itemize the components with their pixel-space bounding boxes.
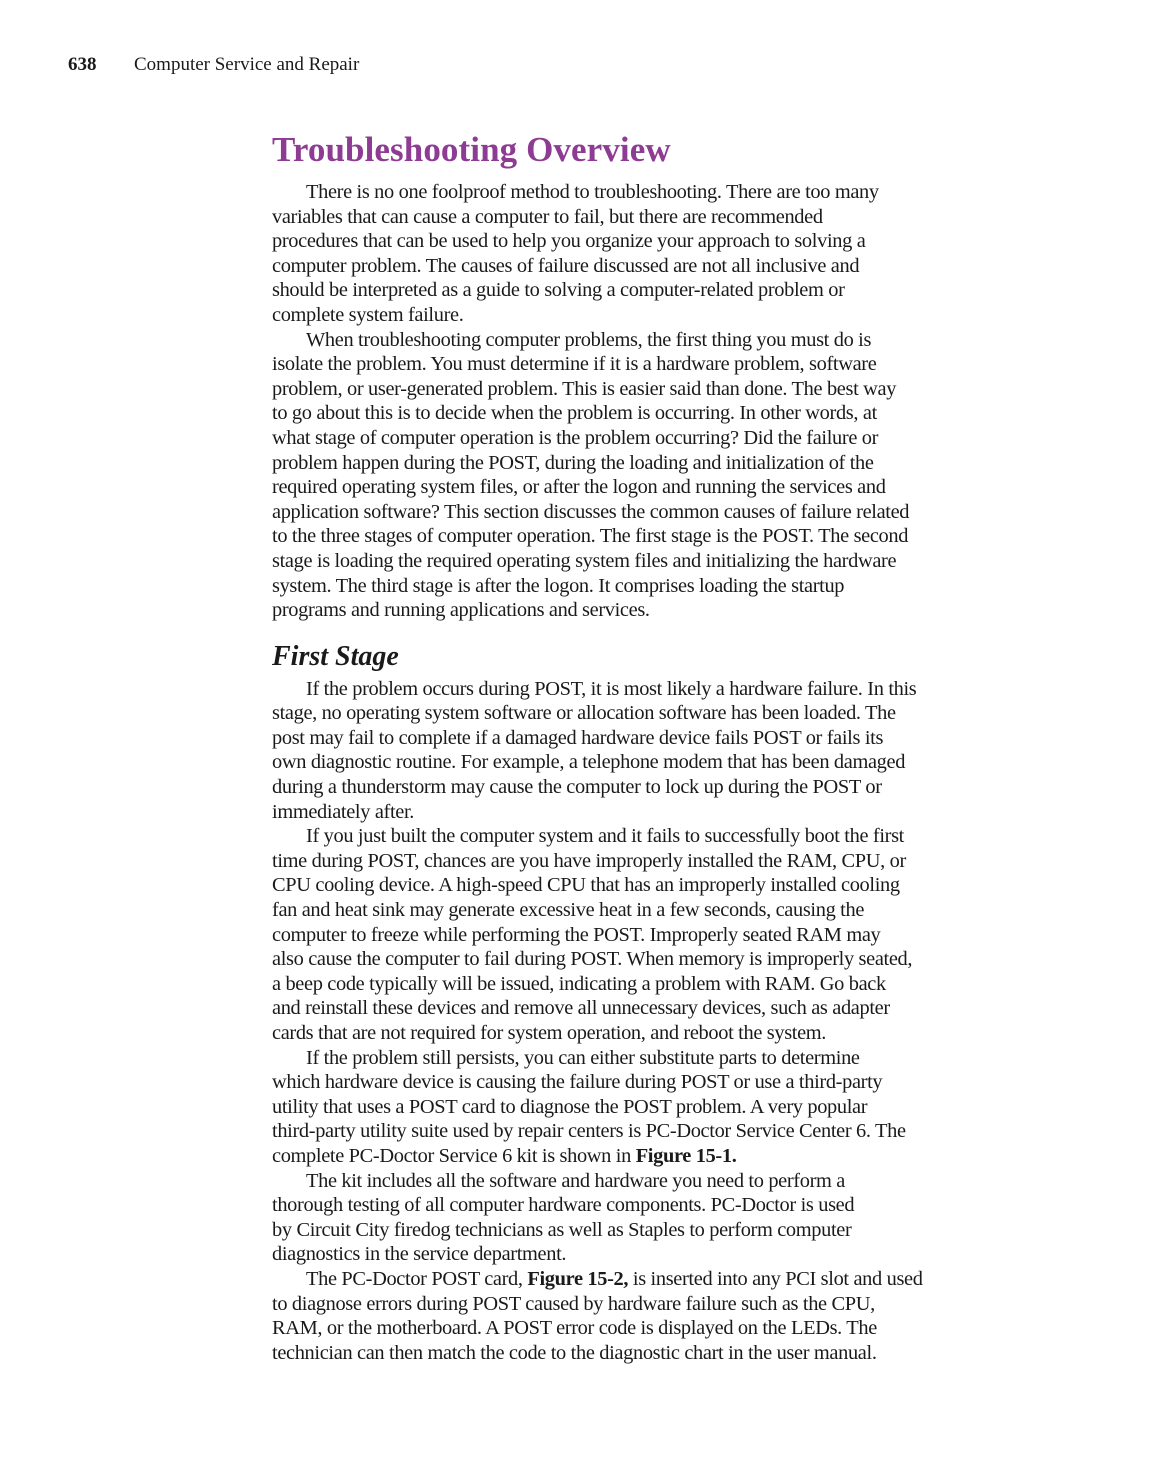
- figure-reference-15-1: Figure 15-1.: [636, 1145, 737, 1167]
- text-line: isolate the problem. You must determine …: [272, 352, 1032, 377]
- text-line: complete PC-Doctor Service 6 kit is show…: [272, 1144, 1032, 1169]
- text-line: to the three stages of computer operatio…: [272, 524, 1032, 549]
- text-line: a beep code typically will be issued, in…: [272, 972, 1032, 997]
- text-line: utility that uses a POST card to diagnos…: [272, 1095, 1032, 1120]
- text-line: thorough testing of all computer hardwar…: [272, 1193, 1032, 1218]
- page-number: 638: [68, 52, 134, 78]
- text-line: also cause the computer to fail during P…: [272, 947, 1032, 972]
- figure-reference-15-2: Figure 15-2,: [527, 1268, 628, 1290]
- text-line: computer problem. The causes of failure …: [272, 254, 1032, 279]
- text-line: The PC-Doctor POST card, Figure 15-2, is…: [272, 1267, 1032, 1292]
- text-line: problem, or user-generated problem. This…: [272, 377, 1032, 402]
- text-line: fan and heat sink may generate excessive…: [272, 898, 1032, 923]
- text-line: to diagnose errors during POST caused by…: [272, 1292, 1032, 1317]
- paragraph-first-stage-2: If you just built the computer system an…: [272, 824, 1032, 1045]
- text-line: third-party utility suite used by repair…: [272, 1119, 1032, 1144]
- text-line: application software? This section discu…: [272, 500, 1032, 525]
- text-line: There is no one foolproof method to trou…: [272, 180, 1032, 205]
- text-line: immediately after.: [272, 800, 1032, 825]
- text-line: required operating system files, or afte…: [272, 475, 1032, 500]
- text-line: diagnostics in the service department.: [272, 1242, 1032, 1267]
- text-line: which hardware device is causing the fai…: [272, 1070, 1032, 1095]
- text-line: cards that are not required for system o…: [272, 1021, 1032, 1046]
- paragraph-first-stage-4: The kit includes all the software and ha…: [272, 1169, 1032, 1267]
- text-line: When troubleshooting computer problems, …: [272, 328, 1032, 353]
- text-line: own diagnostic routine. For example, a t…: [272, 750, 1032, 775]
- text-line: what stage of computer operation is the …: [272, 426, 1032, 451]
- text-run: is inserted into any PCI slot and used: [628, 1268, 922, 1290]
- text-line: If you just built the computer system an…: [272, 824, 1032, 849]
- text-line: complete system failure.: [272, 303, 1032, 328]
- text-line: If the problem occurs during POST, it is…: [272, 677, 1032, 702]
- text-run: complete PC-Doctor Service 6 kit is show…: [272, 1145, 636, 1167]
- text-line: time during POST, chances are you have i…: [272, 849, 1032, 874]
- text-line: and reinstall these devices and remove a…: [272, 996, 1032, 1021]
- text-line: The kit includes all the software and ha…: [272, 1169, 1032, 1194]
- text-line: technician can then match the code to th…: [272, 1341, 1032, 1366]
- text-line: programs and running applications and se…: [272, 598, 1032, 623]
- text-run: The PC-Doctor POST card,: [306, 1268, 527, 1290]
- text-line: problem happen during the POST, during t…: [272, 451, 1032, 476]
- text-line: CPU cooling device. A high-speed CPU tha…: [272, 873, 1032, 898]
- text-line: stage, no operating system software or a…: [272, 701, 1032, 726]
- paragraph-first-stage-1: If the problem occurs during POST, it is…: [272, 677, 1032, 825]
- section-heading: Troubleshooting Overview: [272, 128, 1032, 172]
- text-line: RAM, or the motherboard. A POST error co…: [272, 1316, 1032, 1341]
- paragraph-first-stage-3: If the problem still persists, you can e…: [272, 1046, 1032, 1169]
- text-line: during a thunderstorm may cause the comp…: [272, 775, 1032, 800]
- text-line: stage is loading the required operating …: [272, 549, 1032, 574]
- text-line: If the problem still persists, you can e…: [272, 1046, 1032, 1071]
- paragraph-first-stage-5: The PC-Doctor POST card, Figure 15-2, is…: [272, 1267, 1032, 1365]
- page-content: Troubleshooting Overview There is no one…: [272, 128, 1032, 1365]
- text-line: by Circuit City firedog technicians as w…: [272, 1218, 1032, 1243]
- subsection-heading: First Stage: [272, 639, 1032, 675]
- text-line: variables that can cause a computer to f…: [272, 205, 1032, 230]
- paragraph-intro-1: There is no one foolproof method to trou…: [272, 180, 1032, 328]
- paragraph-intro-2: When troubleshooting computer problems, …: [272, 328, 1032, 623]
- text-line: post may fail to complete if a damaged h…: [272, 726, 1032, 751]
- text-line: to go about this is to decide when the p…: [272, 401, 1032, 426]
- text-line: procedures that can be used to help you …: [272, 229, 1032, 254]
- book-title: Computer Service and Repair: [134, 54, 359, 75]
- running-header: 638Computer Service and Repair: [68, 52, 359, 78]
- text-line: computer to freeze while performing the …: [272, 923, 1032, 948]
- text-line: system. The third stage is after the log…: [272, 574, 1032, 599]
- text-line: should be interpreted as a guide to solv…: [272, 278, 1032, 303]
